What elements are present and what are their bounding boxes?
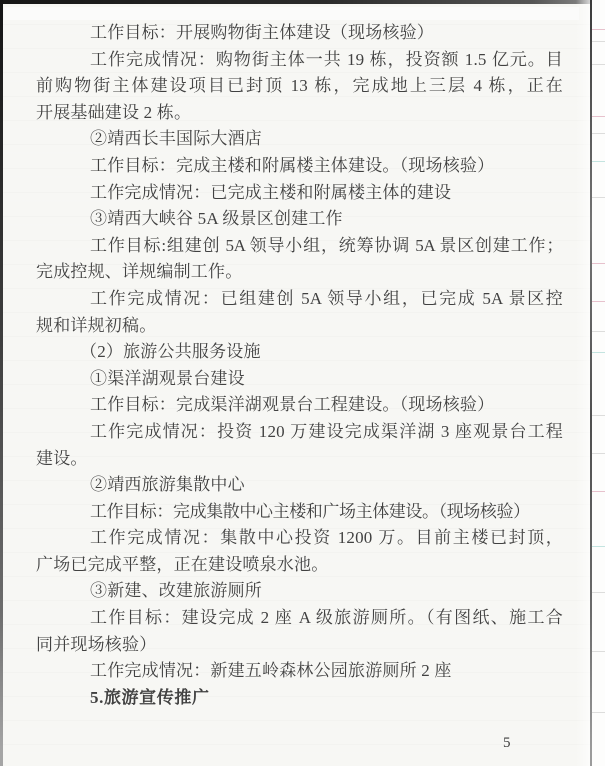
ruled-line [592,116,605,117]
doc-line-work-goal: 工作目标：开展购物街主体建设（现场核验） [36,20,563,47]
doc-line-continuation: 广场已完成平整，正在建设喷泉水池。 [36,552,563,579]
page-edge-highlight [576,0,590,766]
ruled-line [592,592,605,593]
doc-line-work-status: 工作完成情况：投资 120 万建设完成渠洋湖 3 座观景台工程 [36,419,563,446]
doc-line-work-status: 工作完成情况：购物街主体一共 19 栋，投资额 1.5 亿元。目 [36,47,563,74]
ruled-line [592,64,605,65]
doc-line-work-status: 工作完成情况：已组建创 5A 领导小组，已完成 5A 景区控 [36,286,563,313]
doc-line-item-heading: ③靖西大峡谷 5A 级景区创建工作 [36,206,563,233]
doc-line-work-goal: 工作目标：建设完成 2 座 A 级旅游厕所。（有图纸、施工合 [36,605,563,632]
ruled-line [592,41,605,42]
ruled-line [592,263,605,264]
underlying-ruled-sheet [592,0,605,766]
ruled-line [592,301,605,302]
ruled-line [592,197,605,198]
doc-line-work-goal: 工作目标:组建创 5A 领导小组，统筹协调 5A 景区创建工作； [36,233,563,260]
ruled-line [592,712,605,713]
ruled-line [592,133,605,134]
doc-line-subsection-heading: （2）旅游公共服务设施 [36,339,563,366]
doc-line-work-goal: 工作目标：完成主楼和附属楼主体建设。（现场核验） [36,153,563,180]
ruled-line [592,415,605,416]
doc-line-item-heading: ③新建、改建旅游厕所 [36,578,563,605]
doc-line-work-status: 工作完成情况：已完成主楼和附属楼主体的建设 [36,180,563,207]
doc-line-work-goal: 工作目标：完成集散中心主楼和广场主体建设。（现场核验） [36,499,563,526]
section-heading: 5.旅游宣传推广 [36,685,563,712]
doc-line-work-status: 工作完成情况：新建五岭森林公园旅游厕所 2 座 [36,658,563,685]
ruled-line [592,546,605,547]
doc-line-continuation: 完成控规、详规编制工作。 [36,259,563,286]
doc-line-continuation: 开展基础建设 2 栋。 [36,100,563,127]
ruled-line [592,331,605,332]
scan-light-band [4,7,579,20]
doc-line-item-heading: ②靖西长丰国际大酒店 [36,126,563,153]
ruled-line [592,29,605,30]
scanned-document-page: 工作目标：开展购物街主体建设（现场核验） 工作完成情况：购物街主体一共 19 栋… [0,0,605,766]
doc-line-item-heading: ②靖西旅游集散中心 [36,472,563,499]
ruled-line [592,491,605,492]
ruled-line [592,453,605,454]
doc-line-continuation: 建设。 [36,446,563,473]
scan-edge-top [0,0,592,4]
ruled-line [592,161,605,162]
doc-line-work-status: 工作完成情况：集散中心投资 1200 万。目前主楼已封顶， [36,525,563,552]
ruled-line [592,352,605,353]
doc-line-item-heading: ①渠洋湖观景台建设 [36,366,563,393]
doc-line-continuation: 同并现场核验） [36,632,563,659]
document-body: 工作目标：开展购物街主体建设（现场核验） 工作完成情况：购物街主体一共 19 栋… [36,20,563,711]
doc-line-continuation: 前购物街主体建设项目已封顶 13 栋，完成地上三层 4 栋，正在 [36,73,563,100]
scan-edge-left [0,0,3,766]
ruled-line [592,651,605,652]
doc-line-continuation: 规和详规初稿。 [36,313,563,340]
doc-line-work-goal: 工作目标：完成渠洋湖观景台工程建设。（现场核验） [36,392,563,419]
page-number: 5 [503,733,511,753]
